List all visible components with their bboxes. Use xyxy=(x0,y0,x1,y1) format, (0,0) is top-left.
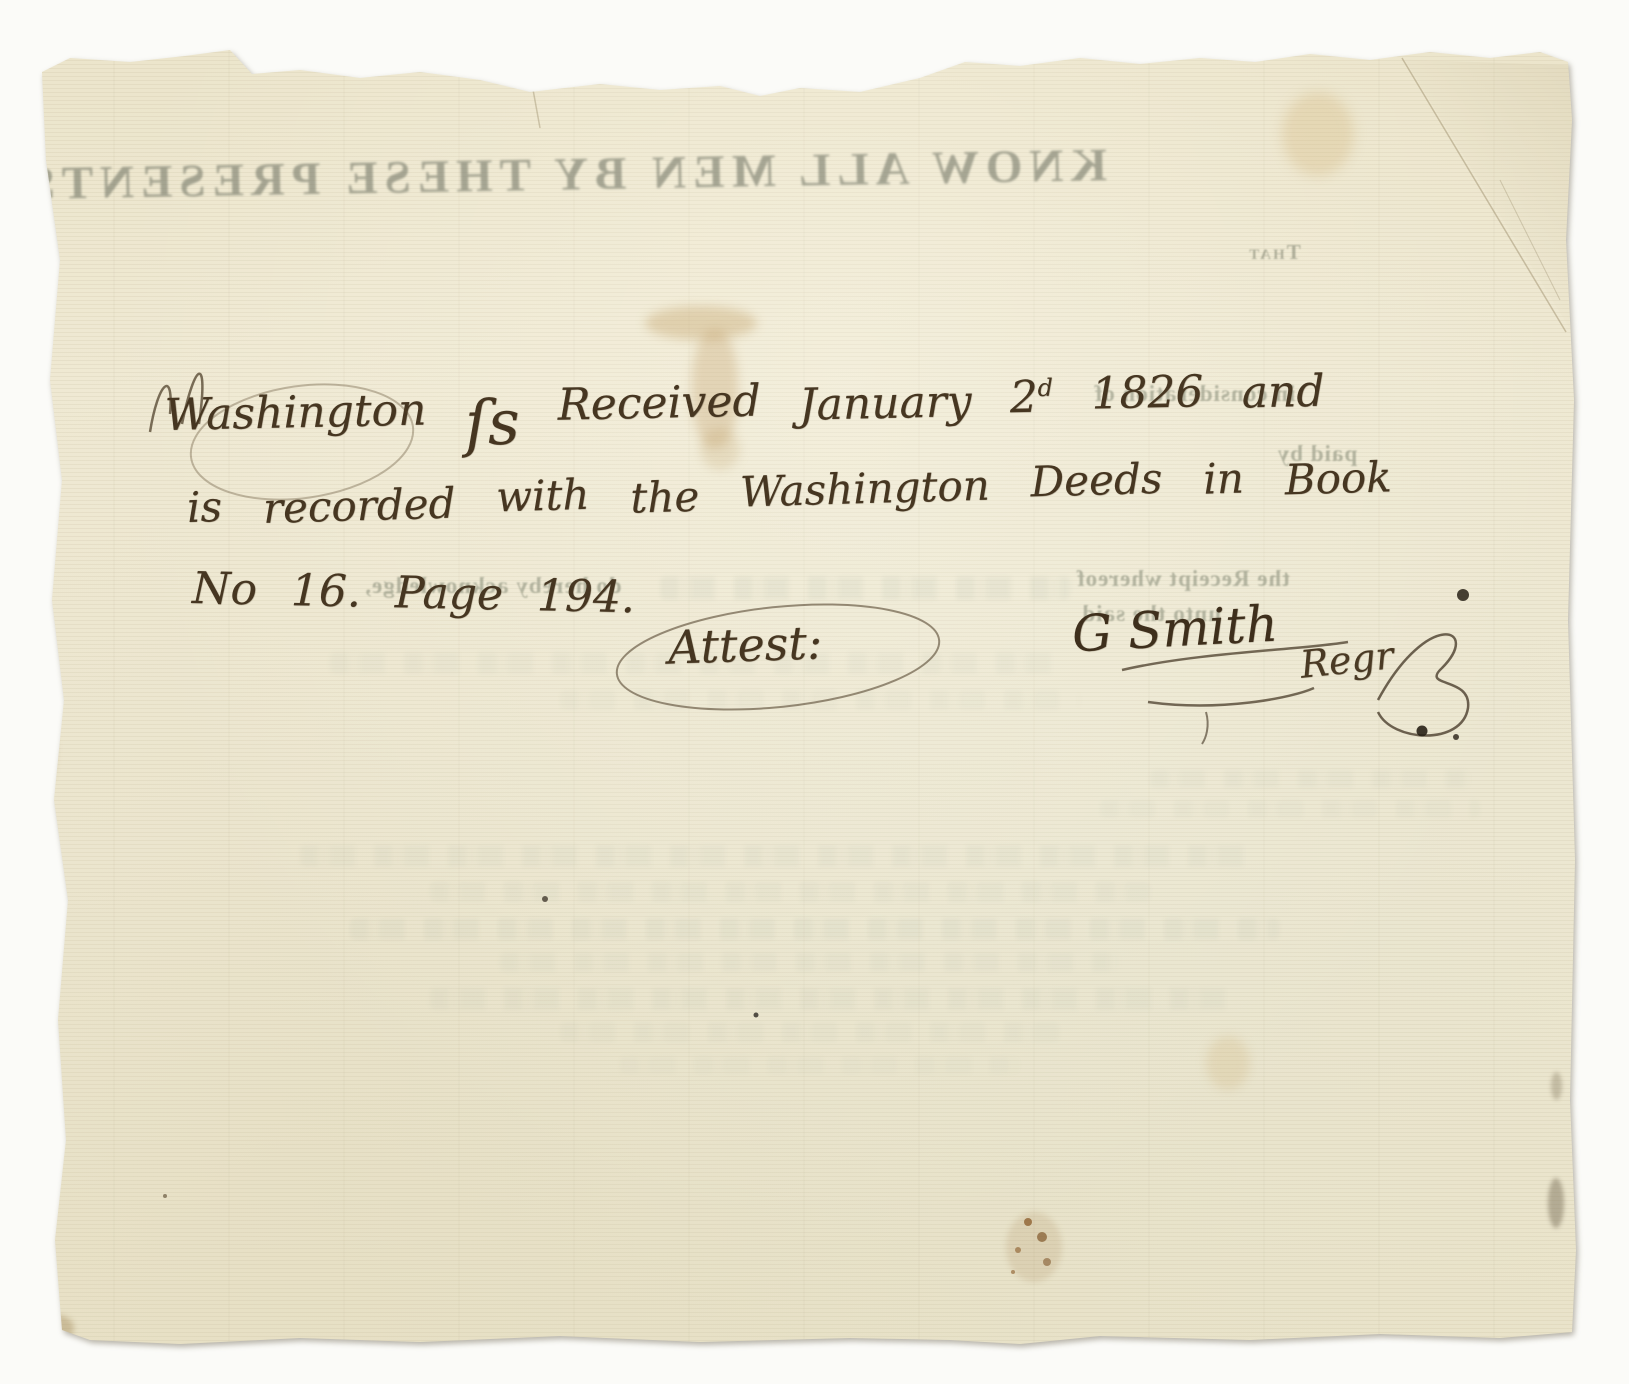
bleedthrough-smear xyxy=(1100,800,1480,818)
bleedthrough-smear xyxy=(560,1022,1060,1042)
hand-word: Washington xyxy=(164,385,427,466)
bleedthrough-smear xyxy=(500,952,1120,972)
bleedthrough-smear xyxy=(1150,770,1470,788)
scan-background: KNOW ALL MEN BY THESE PRESENTS. That in … xyxy=(0,0,1629,1384)
hand-word: is xyxy=(186,482,222,535)
hand-word: 1826 xyxy=(1091,366,1205,446)
handwritten-line-1: WashingtonſsReceivedJanuary2d1826and xyxy=(164,366,1325,466)
hand-word: Deeds xyxy=(1030,454,1163,512)
hand-word: and xyxy=(1241,366,1325,444)
attest-word: Attest: xyxy=(667,615,823,674)
hand-word: with xyxy=(495,470,590,527)
handwritten-line-2: isrecordedwiththeWashingtonDeedsinBook xyxy=(186,449,1392,535)
document-paper-wrap: KNOW ALL MEN BY THESE PRESENTS. That in … xyxy=(0,0,1629,1384)
bleedthrough-smear xyxy=(350,918,1280,940)
bleedthrough-that: That xyxy=(1230,240,1318,265)
edge-stain xyxy=(20,788,48,830)
bleedthrough-smear xyxy=(560,690,1080,710)
bleedthrough-smear xyxy=(430,882,1150,902)
speck-stain xyxy=(1006,1212,1062,1282)
hand-word: Book xyxy=(1284,452,1392,504)
hand-word: January xyxy=(798,376,972,453)
bleedthrough-headline: KNOW ALL MEN BY THESE PRESENTS. xyxy=(92,138,1108,210)
signature: G Smith xyxy=(1071,595,1280,664)
edge-stain xyxy=(40,1315,74,1341)
hand-word: the xyxy=(630,472,700,523)
bleedthrough-receipt: the Receipt whereof xyxy=(1080,566,1290,592)
paper-fold-crease xyxy=(1390,54,1572,338)
edge-stain xyxy=(1548,1178,1564,1228)
bleedthrough-smear xyxy=(430,988,1230,1010)
hand-word: Washington xyxy=(739,461,990,520)
edge-stain xyxy=(1551,1072,1562,1100)
scilicet-mark: ſs xyxy=(464,386,520,460)
document-paper: KNOW ALL MEN BY THESE PRESENTS. That in … xyxy=(0,0,1629,1384)
signature-title: Regr xyxy=(1298,633,1396,687)
hand-word: in xyxy=(1203,453,1245,506)
hand-word: Received xyxy=(557,376,762,458)
bleedthrough-smear xyxy=(620,1056,1020,1074)
edge-stain xyxy=(18,700,54,795)
bleedthrough-smear xyxy=(300,845,1250,867)
paper-stain xyxy=(1206,1036,1250,1090)
hand-word: 2d xyxy=(1009,371,1054,448)
hand-word: recorded xyxy=(262,479,456,533)
ink-stain xyxy=(645,306,757,340)
paper-stain xyxy=(1282,92,1354,176)
handwritten-line-3: No 16. Page 194. xyxy=(191,563,807,627)
